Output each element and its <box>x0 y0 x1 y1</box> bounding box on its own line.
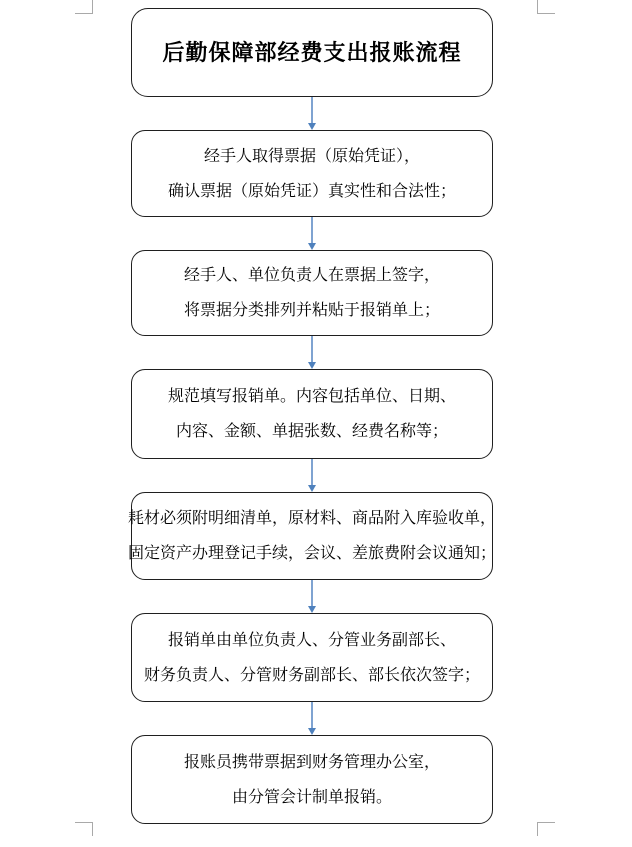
margin-corner-mark-bottom-left <box>75 822 93 836</box>
margin-corner-mark-top-right <box>537 0 555 14</box>
down-arrow-icon <box>308 702 317 735</box>
flowchart: 后勤保障部经费支出报账流程 经手人取得票据（原始凭证）， 确认票据（原始凭证）真… <box>131 8 493 824</box>
flow-step-text-line: 固定资产办理登记手续，会议、差旅费附会议通知； <box>128 536 496 571</box>
flow-step-box-4: 耗材必须附明细清单，原材料、商品附入库验收单， 固定资产办理登记手续，会议、差旅… <box>131 492 493 580</box>
flow-step-box-6: 报账员携带票据到财务管理办公室， 由分管会计制单报销。 <box>131 735 493 824</box>
flow-step-text-line: 报销单由单位负责人、分管业务副部长、 <box>168 623 456 658</box>
margin-corner-mark-top-left <box>75 0 93 14</box>
flowchart-title: 后勤保障部经费支出报账流程 <box>162 39 461 67</box>
down-arrow-icon <box>308 580 317 613</box>
flow-step-box-2: 经手人、单位负责人在票据上签字， 将票据分类排列并粘贴于报销单上； <box>131 250 493 336</box>
flow-step-text-line: 经手人、单位负责人在票据上签字， <box>184 258 440 293</box>
flow-step-box-5: 报销单由单位负责人、分管业务副部长、 财务负责人、分管财务副部长、部长依次签字； <box>131 613 493 702</box>
flow-step-text-line: 确认票据（原始凭证）真实性和合法性； <box>168 174 456 209</box>
flow-step-text-line: 由分管会计制单报销。 <box>232 780 392 815</box>
down-arrow-icon <box>308 336 317 369</box>
flowchart-title-box: 后勤保障部经费支出报账流程 <box>131 8 493 97</box>
flow-step-text-line: 耗材必须附明细清单，原材料、商品附入库验收单， <box>128 501 496 536</box>
flow-step-text-line: 内容、金额、单据张数、经费名称等； <box>176 414 448 449</box>
down-arrow-icon <box>308 459 317 492</box>
flow-step-text-line: 财务负责人、分管财务副部长、部长依次签字； <box>144 658 480 693</box>
margin-corner-mark-bottom-right <box>537 822 555 836</box>
flow-step-text-line: 经手人取得票据（原始凭证）， <box>204 139 420 174</box>
flow-step-text-line: 规范填写报销单。内容包括单位、日期、 <box>168 379 456 414</box>
flow-step-box-1: 经手人取得票据（原始凭证）， 确认票据（原始凭证）真实性和合法性； <box>131 130 493 217</box>
down-arrow-icon <box>308 217 317 250</box>
flow-step-text-line: 将票据分类排列并粘贴于报销单上； <box>184 293 440 328</box>
flow-step-box-3: 规范填写报销单。内容包括单位、日期、 内容、金额、单据张数、经费名称等； <box>131 369 493 459</box>
document-page: 后勤保障部经费支出报账流程 经手人取得票据（原始凭证）， 确认票据（原始凭证）真… <box>0 0 632 847</box>
flow-step-text-line: 报账员携带票据到财务管理办公室， <box>184 745 440 780</box>
down-arrow-icon <box>308 97 317 130</box>
